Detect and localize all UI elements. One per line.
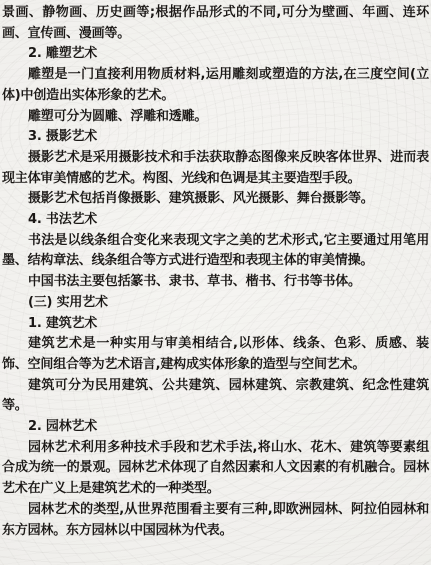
document-page: 景画、静物画、历史画等;根据作品形式的不同,可分为壁画、年画、连环画、宣传画、漫…: [0, 0, 431, 565]
text-block: 景画、静物画、历史画等;根据作品形式的不同,可分为壁画、年画、连环画、宣传画、漫…: [2, 3, 429, 541]
paragraph: 2. 园林艺术: [2, 417, 429, 438]
paragraph: 摄影艺术包括肖像摄影、建筑摄影、风光摄影、舞台摄影等。: [2, 189, 429, 210]
paragraph: (三) 实用艺术: [2, 293, 429, 314]
paragraph: 4. 书法艺术: [2, 210, 429, 231]
paragraph: 3. 摄影艺术: [2, 127, 429, 148]
paragraph: 中国书法主要包括篆书、隶书、草书、楷书、行书等书体。: [2, 272, 429, 293]
paragraph: 1. 建筑艺术: [2, 314, 429, 335]
paragraph: 建筑艺术是一种实用与审美相结合,以形体、线条、色彩、质感、装饰、空间组合等为艺术…: [2, 334, 429, 375]
paragraph: 摄影艺术是采用摄影技术和手法获取静态图像来反映客体世界、进而表现主体审美情感的艺…: [2, 148, 429, 189]
paragraph: 雕塑可分为圆雕、浮雕和透雕。: [2, 107, 429, 128]
paragraph: 园林艺术的类型,从世界范围看主要有三种,即欧洲园林、阿拉伯园林和东方园林。东方园…: [2, 500, 429, 541]
paragraph: 建筑可分为民用建筑、公共建筑、园林建筑、宗教建筑、纪念性建筑等。: [2, 376, 429, 417]
paragraph: 雕塑是一门直接利用物质材料,运用雕刻或塑造的方法,在三度空间(立体)中创造出实体…: [2, 65, 429, 106]
paragraph: 景画、静物画、历史画等;根据作品形式的不同,可分为壁画、年画、连环画、宣传画、漫…: [2, 3, 429, 44]
paragraph: 园林艺术利用多种技术手段和艺术手法,将山水、花木、建筑等要素组合成为统一的景观。…: [2, 438, 429, 500]
paragraph: 2. 雕塑艺术: [2, 44, 429, 65]
paragraph: 书法是以线条组合变化来表现文字之美的艺术形式,它主要通过用笔用墨、结构章法、线条…: [2, 231, 429, 272]
